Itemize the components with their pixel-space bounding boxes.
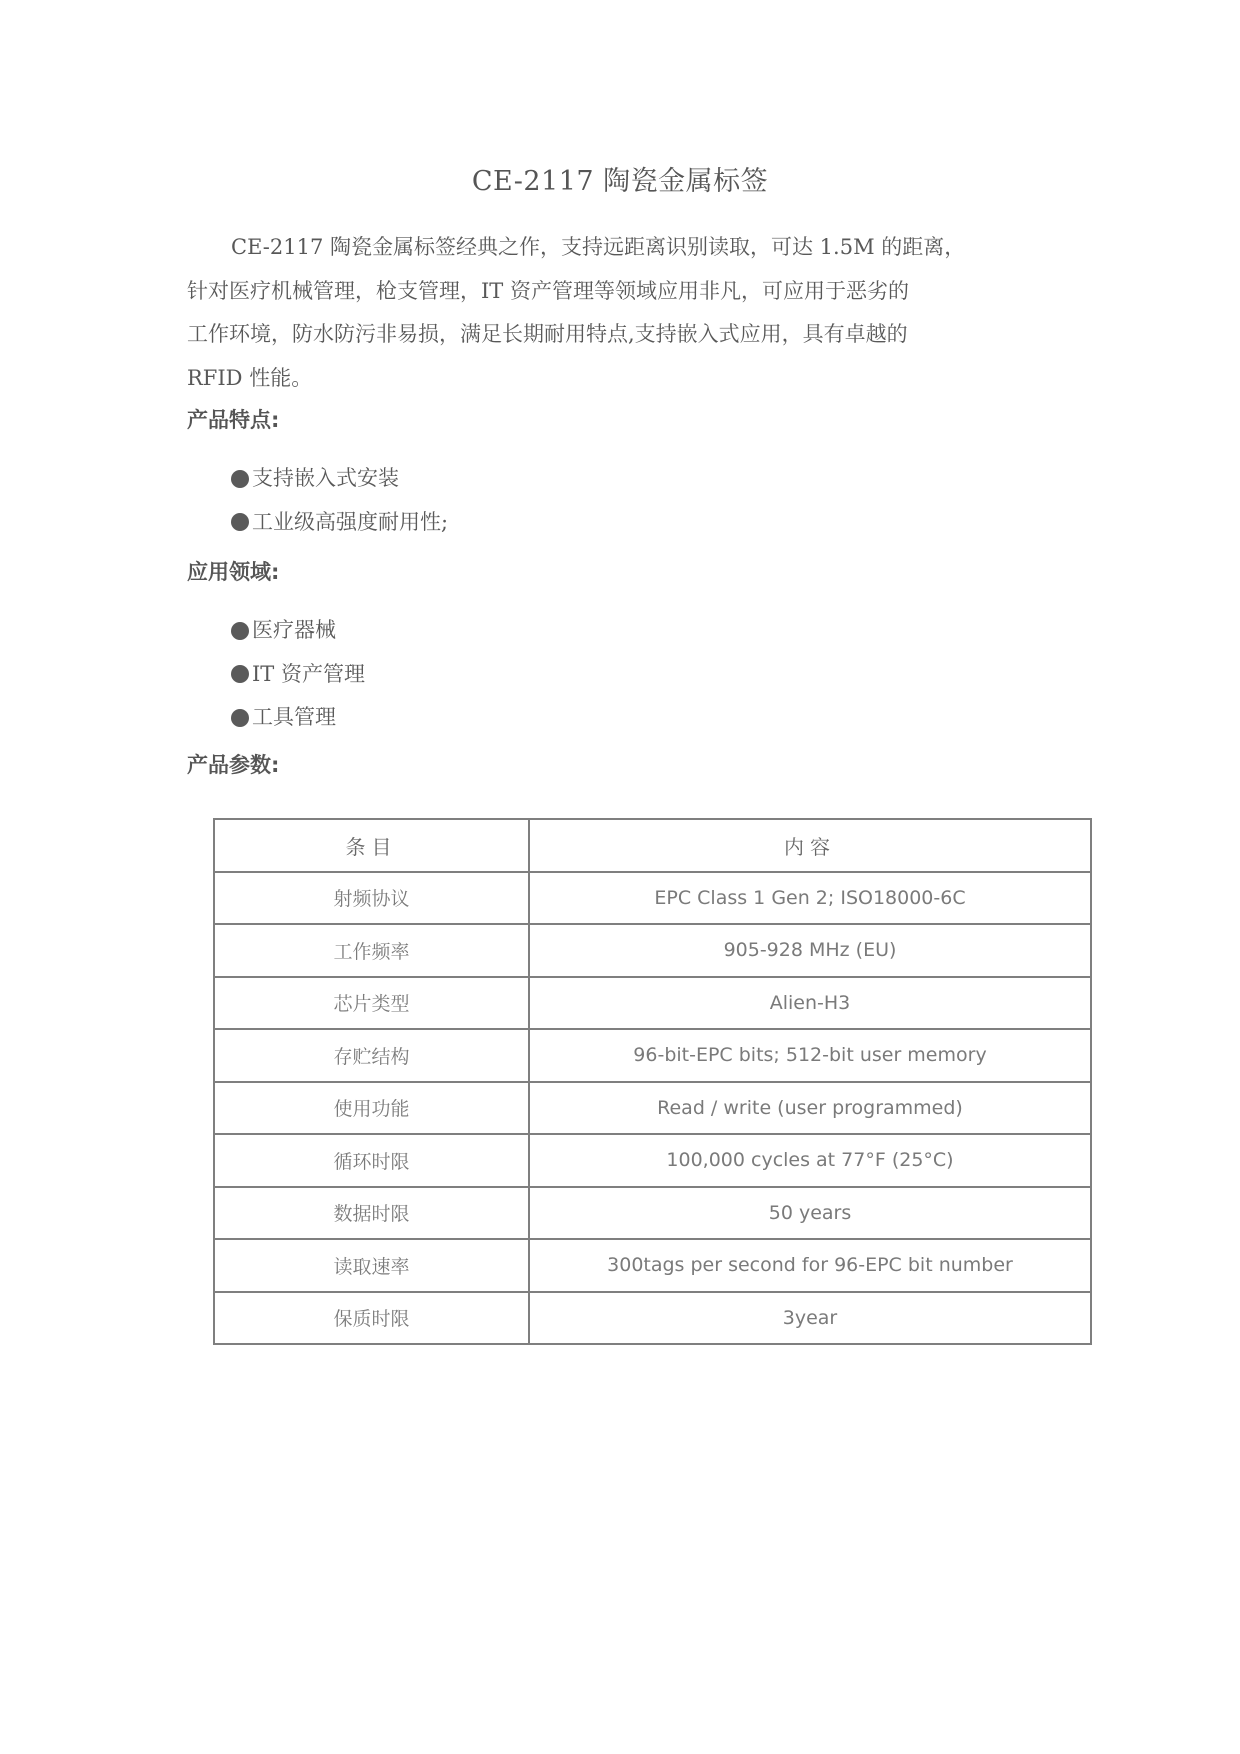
param-value: Alien-H3 bbox=[529, 977, 1091, 1030]
table-row: 芯片类型Alien-H3 bbox=[214, 977, 1091, 1030]
document-title: CE-2117 陶瓷金属标签 bbox=[0, 162, 1240, 202]
column-header-item: 条目 bbox=[214, 819, 529, 872]
table-row: 射频协议EPC Class 1 Gen 2; ISO18000-6C bbox=[214, 872, 1091, 925]
param-value: 100,000 cycles at 77°F (25°C) bbox=[529, 1134, 1091, 1187]
list-item-label: 工具管理 bbox=[252, 696, 336, 740]
intro-line: CE-2117 陶瓷金属标签经典之作，支持远距离识别读取，可达 1.5M 的距离… bbox=[187, 226, 1047, 270]
table-row: 循环时限100,000 cycles at 77°F (25°C) bbox=[214, 1134, 1091, 1187]
list-item: 支持嵌入式安装 bbox=[231, 457, 448, 501]
list-item: IT 资产管理 bbox=[231, 653, 365, 697]
param-name: 芯片类型 bbox=[214, 977, 529, 1030]
param-name: 保质时限 bbox=[214, 1292, 529, 1345]
params-heading: 产品参数: bbox=[187, 750, 279, 780]
list-item-label: 医疗器械 bbox=[252, 609, 336, 653]
param-value: 300tags per second for 96-EPC bit number bbox=[529, 1239, 1091, 1292]
intro-line: RFID 性能。 bbox=[187, 357, 1047, 401]
table-row: 读取速率300tags per second for 96-EPC bit nu… bbox=[214, 1239, 1091, 1292]
param-name: 读取速率 bbox=[214, 1239, 529, 1292]
bullet-icon bbox=[231, 622, 249, 640]
table-row: 保质时限3year bbox=[214, 1292, 1091, 1345]
table-header-row: 条目 内容 bbox=[214, 819, 1091, 872]
param-name: 工作频率 bbox=[214, 924, 529, 977]
param-value: 96-bit-EPC bits; 512-bit user memory bbox=[529, 1029, 1091, 1082]
param-value: Read / write (user programmed) bbox=[529, 1082, 1091, 1135]
param-name: 数据时限 bbox=[214, 1187, 529, 1240]
applications-list: 医疗器械 IT 资产管理 工具管理 bbox=[231, 609, 365, 740]
list-item: 工具管理 bbox=[231, 696, 365, 740]
param-value: 50 years bbox=[529, 1187, 1091, 1240]
table-row: 使用功能Read / write (user programmed) bbox=[214, 1082, 1091, 1135]
list-item-label: IT 资产管理 bbox=[252, 653, 365, 697]
param-name: 循环时限 bbox=[214, 1134, 529, 1187]
bullet-icon bbox=[231, 513, 249, 531]
features-heading: 产品特点: bbox=[187, 405, 279, 435]
table-row: 数据时限50 years bbox=[214, 1187, 1091, 1240]
param-value: 3year bbox=[529, 1292, 1091, 1345]
list-item-label: 支持嵌入式安装 bbox=[252, 457, 399, 501]
applications-heading: 应用领域: bbox=[187, 557, 279, 587]
list-item: 医疗器械 bbox=[231, 609, 365, 653]
intro-line: 针对医疗机械管理，枪支管理，IT 资产管理等领域应用非凡，可应用于恶劣的 bbox=[187, 270, 1047, 314]
list-item: 工业级高强度耐用性; bbox=[231, 501, 448, 545]
param-value: 905-928 MHz (EU) bbox=[529, 924, 1091, 977]
bullet-icon bbox=[231, 709, 249, 727]
param-name: 存贮结构 bbox=[214, 1029, 529, 1082]
bullet-icon bbox=[231, 470, 249, 488]
param-name: 射频协议 bbox=[214, 872, 529, 925]
intro-line: 工作环境，防水防污非易损，满足长期耐用特点,支持嵌入式应用，具有卓越的 bbox=[187, 313, 1047, 357]
param-value: EPC Class 1 Gen 2; ISO18000-6C bbox=[529, 872, 1091, 925]
params-table: 条目 内容 射频协议EPC Class 1 Gen 2; ISO18000-6C… bbox=[213, 818, 1092, 1345]
column-header-content: 内容 bbox=[529, 819, 1091, 872]
intro-paragraph: CE-2117 陶瓷金属标签经典之作，支持远距离识别读取，可达 1.5M 的距离… bbox=[187, 226, 1047, 400]
table-row: 存贮结构96-bit-EPC bits; 512-bit user memory bbox=[214, 1029, 1091, 1082]
table-row: 工作频率905-928 MHz (EU) bbox=[214, 924, 1091, 977]
features-list: 支持嵌入式安装 工业级高强度耐用性; bbox=[231, 457, 448, 544]
list-item-label: 工业级高强度耐用性; bbox=[252, 501, 448, 545]
param-name: 使用功能 bbox=[214, 1082, 529, 1135]
bullet-icon bbox=[231, 665, 249, 683]
